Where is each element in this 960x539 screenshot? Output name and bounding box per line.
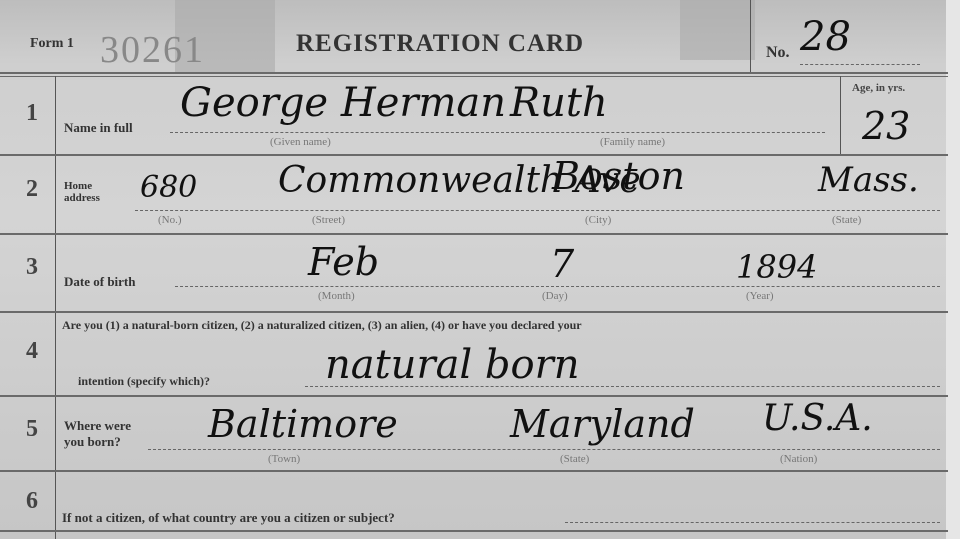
divider (0, 72, 948, 74)
citizenship-question: Are you (1) a natural-born citizen, (2) … (62, 318, 582, 333)
divider (0, 154, 948, 156)
birth-day-value: 7 (550, 242, 574, 286)
given-name-value: George Herman (180, 80, 506, 126)
card-no-label: No. (766, 44, 790, 62)
dotted-line (148, 449, 940, 450)
dotted-line (800, 64, 920, 65)
city-value: Boston (552, 154, 685, 198)
city-caption: (City) (585, 214, 611, 226)
state-caption: (State) (832, 214, 861, 226)
dotted-line (565, 522, 940, 523)
citizenship-value: natural born (325, 342, 580, 388)
birth-state-value: Maryland (510, 402, 695, 446)
where-born-label-1: Where were (64, 418, 131, 434)
age-value: 23 (862, 104, 910, 148)
intention-label: intention (specify which)? (78, 374, 210, 389)
name-label: Name in full (64, 120, 133, 136)
nation-caption: (Nation) (780, 453, 817, 465)
row-number: 4 (26, 338, 38, 365)
birth-year-value: 1894 (736, 248, 817, 286)
home-label: Home (64, 180, 92, 192)
town-caption: (Town) (268, 453, 300, 465)
state-caption: (State) (560, 453, 589, 465)
dotted-line (135, 210, 940, 211)
birth-town-value: Baltimore (208, 402, 398, 446)
house-number-value: 680 (140, 170, 197, 205)
family-name-value: Ruth (510, 80, 608, 126)
birth-nation-value: U.S.A. (762, 398, 873, 439)
divider (750, 0, 751, 72)
divider (0, 470, 948, 472)
divider (0, 395, 948, 397)
row-number: 1 (26, 100, 38, 127)
year-caption: (Year) (746, 290, 774, 302)
given-name-caption: (Given name) (270, 136, 331, 148)
day-caption: (Day) (542, 290, 568, 302)
divider (0, 233, 948, 235)
dotted-line (175, 286, 940, 287)
birth-date-label: Date of birth (64, 274, 136, 290)
row-number: 6 (26, 488, 38, 515)
divider (0, 311, 948, 313)
card-no-value: 28 (800, 14, 851, 60)
dotted-line (305, 386, 940, 387)
divider (0, 530, 948, 532)
row-number: 3 (26, 254, 38, 281)
birth-month-value: Feb (308, 240, 379, 284)
tape-mark (680, 0, 755, 60)
row-number: 2 (26, 176, 38, 203)
where-born-label-2: you born? (64, 434, 121, 450)
month-caption: (Month) (318, 290, 355, 302)
stamp-number: 30261 (100, 28, 205, 72)
divider (840, 76, 841, 154)
card-title: REGISTRATION CARD (296, 30, 584, 58)
card-edge (946, 0, 960, 539)
street-caption: (Street) (312, 214, 345, 226)
citizen-country-label: If not a citizen, of what country are yo… (62, 510, 395, 526)
row-number: 5 (26, 416, 38, 443)
dotted-line (170, 132, 825, 133)
address-label: address (64, 192, 100, 204)
family-name-caption: (Family name) (600, 136, 665, 148)
form-label: Form 1 (30, 36, 74, 52)
age-label: Age, in yrs. (852, 82, 905, 94)
no-caption: (No.) (158, 214, 182, 226)
registration-card: Form 1 30261 REGISTRATION CARD No. 28 1 … (0, 0, 960, 539)
state-value: Mass. (818, 160, 919, 200)
divider (0, 76, 948, 77)
